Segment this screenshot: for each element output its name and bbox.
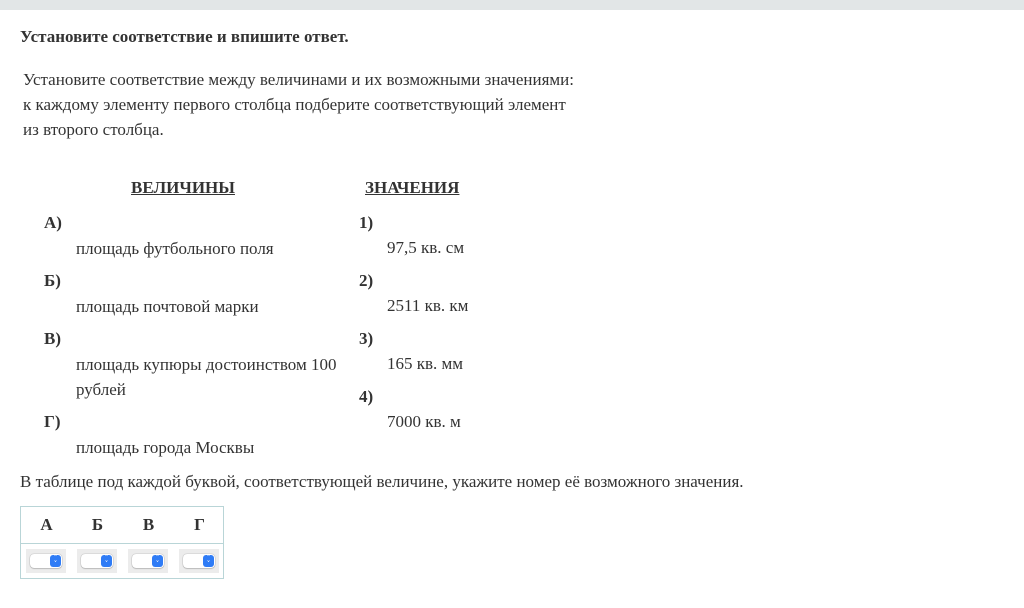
value-number-3: 3) bbox=[359, 329, 373, 349]
answer-header-a: А bbox=[21, 515, 72, 535]
quantity-letter-g: Г) bbox=[44, 412, 60, 432]
intro-line: из второго столбца. bbox=[23, 117, 663, 142]
quantity-text-b: площадь почтовой марки bbox=[76, 294, 346, 319]
answer-select-a[interactable]: ˄˅ bbox=[30, 554, 62, 568]
answer-cell-b: ˄˅ bbox=[77, 549, 117, 573]
quantities-header: ВЕЛИЧИНЫ bbox=[131, 178, 235, 198]
answer-header-b: Б bbox=[72, 515, 123, 535]
answer-select-g[interactable]: ˄˅ bbox=[183, 554, 215, 568]
answer-cell-g: ˄˅ bbox=[179, 549, 219, 573]
top-bar bbox=[0, 0, 1024, 10]
value-text-4: 7000 кв. м bbox=[387, 412, 461, 432]
up-down-chevron-icon: ˄˅ bbox=[152, 555, 163, 567]
answer-select-v[interactable]: ˄˅ bbox=[132, 554, 164, 568]
quantity-letter-v: В) bbox=[44, 329, 61, 349]
value-number-4: 4) bbox=[359, 387, 373, 407]
intro-line: Установите соответствие между величинами… bbox=[23, 67, 663, 92]
answer-header-v: В bbox=[123, 515, 174, 535]
value-text-3: 165 кв. мм bbox=[387, 354, 463, 374]
answer-select-b[interactable]: ˄˅ bbox=[81, 554, 113, 568]
value-text-1: 97,5 кв. см bbox=[387, 238, 464, 258]
quantity-text-g: площадь города Москвы bbox=[76, 435, 346, 460]
task-intro: Установите соответствие между величинами… bbox=[23, 67, 663, 142]
answer-header-g: Г bbox=[174, 515, 225, 535]
value-number-1: 1) bbox=[359, 213, 373, 233]
quantity-letter-a: А) bbox=[44, 213, 62, 233]
task-title: Установите соответствие и впишите ответ. bbox=[20, 27, 349, 47]
up-down-chevron-icon: ˄˅ bbox=[203, 555, 214, 567]
answer-table-header-row: А Б В Г bbox=[21, 507, 223, 544]
instruction-text: В таблице под каждой буквой, соответству… bbox=[20, 472, 744, 492]
values-header: ЗНАЧЕНИЯ bbox=[365, 178, 459, 198]
value-text-2: 2511 кв. км bbox=[387, 296, 468, 316]
up-down-chevron-icon: ˄˅ bbox=[101, 555, 112, 567]
up-down-chevron-icon: ˄˅ bbox=[50, 555, 61, 567]
quantity-letter-b: Б) bbox=[44, 271, 61, 291]
quantity-text-a: площадь футбольного поля bbox=[76, 236, 346, 261]
intro-line: к каждому элементу первого столбца подбе… bbox=[23, 92, 663, 117]
answer-cell-a: ˄˅ bbox=[26, 549, 66, 573]
answer-table: А Б В Г ˄˅ ˄˅ ˄˅ ˄˅ bbox=[20, 506, 224, 579]
answer-cell-v: ˄˅ bbox=[128, 549, 168, 573]
quantity-text-v: площадь купюры достоинством 100 рублей bbox=[76, 352, 346, 402]
value-number-2: 2) bbox=[359, 271, 373, 291]
